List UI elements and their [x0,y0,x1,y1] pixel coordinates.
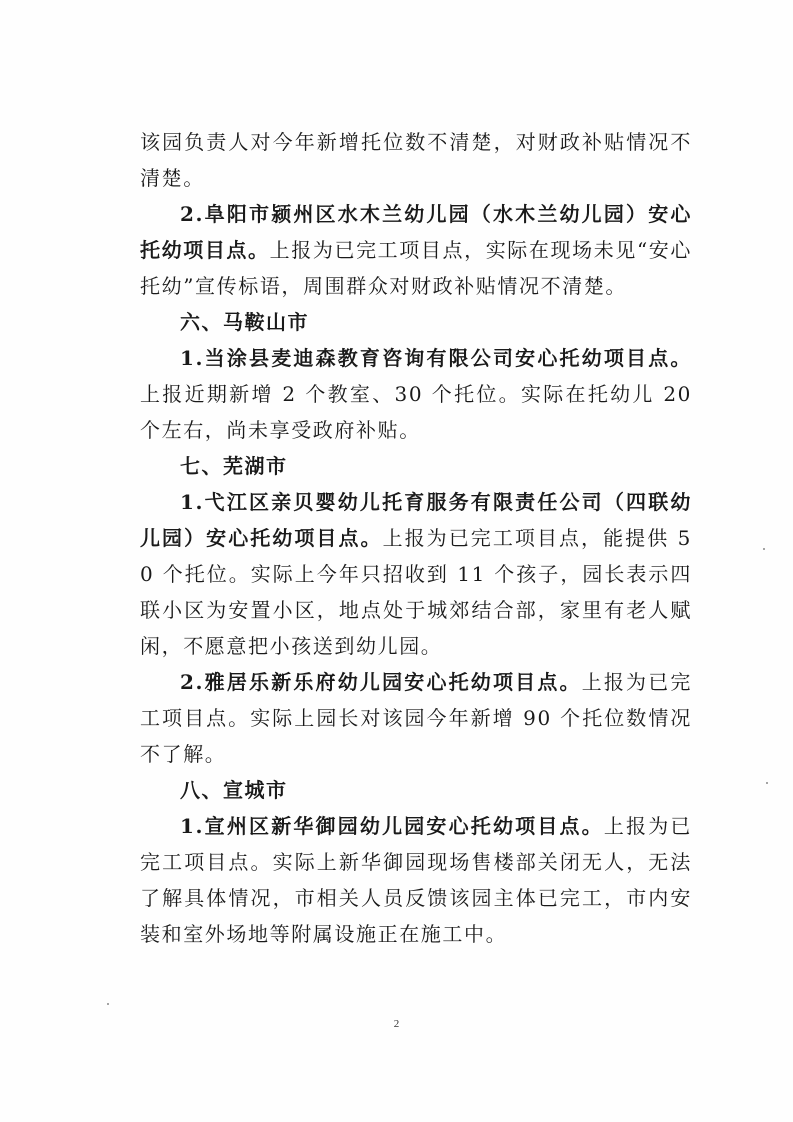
paragraph-maanshan-item-1: 1.当涂县麦迪森教育咨询有限公司安心托幼项目点。上报近期新增 2 个教室、30 … [140,340,692,448]
scan-speck [107,1003,109,1005]
paragraph-text: 上报近期新增 2 个教室、30 个托位。实际在托幼儿 20 个左右，尚未享受政府… [140,382,692,442]
paragraph-wuhu-item-1: 1.弋江区亲贝婴幼儿托育服务有限责任公司（四联幼儿园）安心托幼项目点。上报为已完… [140,484,692,664]
paragraph-xuancheng-item-1: 1.宣州区新华御园幼儿园安心托幼项目点。上报为已完工项目点。实际上新华御园现场售… [140,808,692,952]
paragraph-fuyang-item-2: 2.阜阳市颍州区水木兰幼儿园（水木兰幼儿园）安心托幼项目点。上报为已完工项目点，… [140,196,692,304]
document-page: 该园负责人对今年新增托位数不清楚，对财政补贴情况不清楚。 2.阜阳市颍州区水木兰… [0,0,793,1122]
paragraph-text: 该园负责人对今年新增托位数不清楚，对财政补贴情况不清楚。 [140,130,692,190]
item-title: 1.宣州区新华御园幼儿园安心托幼项目点。 [180,814,604,838]
scan-speck [766,782,768,784]
item-title: 1.当涂县麦迪森教育咨询有限公司安心托幼项目点。 [180,346,692,370]
section-heading-maanshan: 六、马鞍山市 [140,304,692,340]
item-title: 2.雅居乐新乐府幼儿园安心托幼项目点。 [180,670,582,694]
scan-speck [763,548,765,550]
paragraph-wuhu-item-2: 2.雅居乐新乐府幼儿园安心托幼项目点。上报为已完工项目点。实际上园长对该园今年新… [140,664,692,772]
page-number: 2 [0,1018,793,1030]
document-body: 该园负责人对今年新增托位数不清楚，对财政补贴情况不清楚。 2.阜阳市颍州区水木兰… [140,124,692,952]
paragraph-continuation: 该园负责人对今年新增托位数不清楚，对财政补贴情况不清楚。 [140,124,692,196]
section-heading-xuancheng: 八、宣城市 [140,772,692,808]
section-heading-wuhu: 七、芜湖市 [140,448,692,484]
